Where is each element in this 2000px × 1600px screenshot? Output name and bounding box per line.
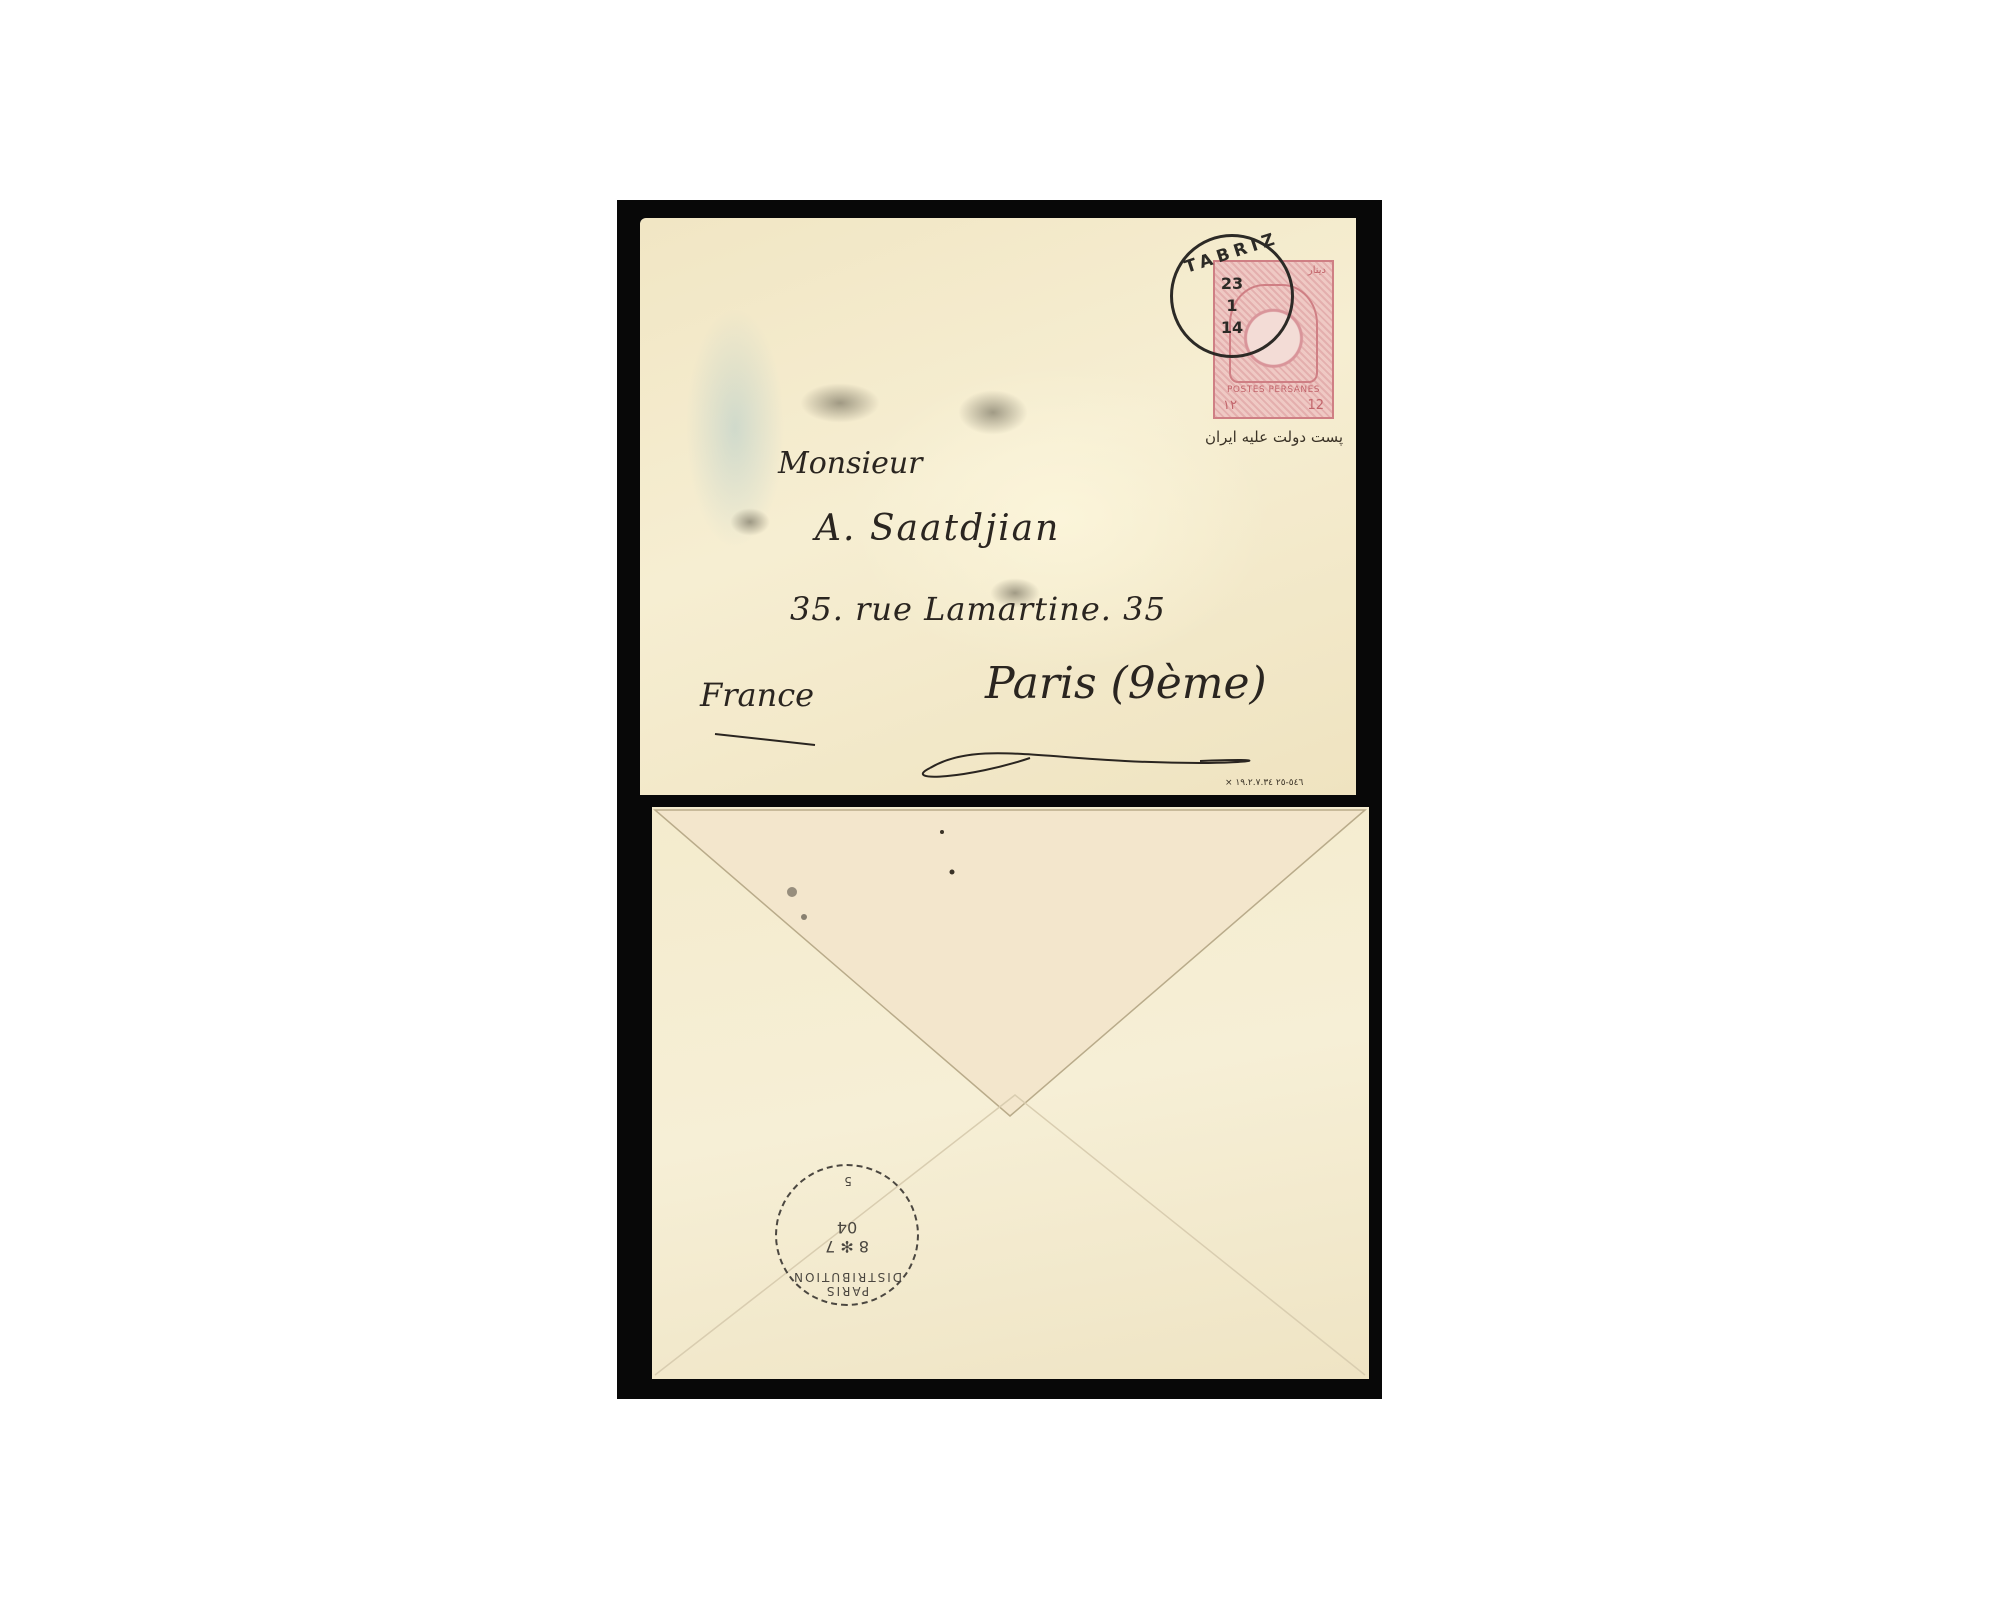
- margin-note: × ٥٤٦-٢٥ ١٩.٢.٧.٣٤: [1225, 778, 1303, 788]
- envelope-front: دينار POSTES PERSANES ١٢ 12 TABRIZ 23 1 …: [640, 218, 1356, 795]
- postmark-date: 8 ✻ 7 04: [777, 1218, 917, 1256]
- envelope-flaps: [652, 807, 1369, 1379]
- paris-postmark: PARIS DISTRIBUTION 8 ✻ 7 04 5: [775, 1164, 919, 1306]
- envelope-back: PARIS DISTRIBUTION 8 ✻ 7 04 5: [652, 807, 1369, 1379]
- underline-strokes: [640, 218, 1356, 795]
- postmark-bottom-text: 5: [777, 1174, 917, 1188]
- postmark-top-text: PARIS DISTRIBUTION: [777, 1270, 917, 1298]
